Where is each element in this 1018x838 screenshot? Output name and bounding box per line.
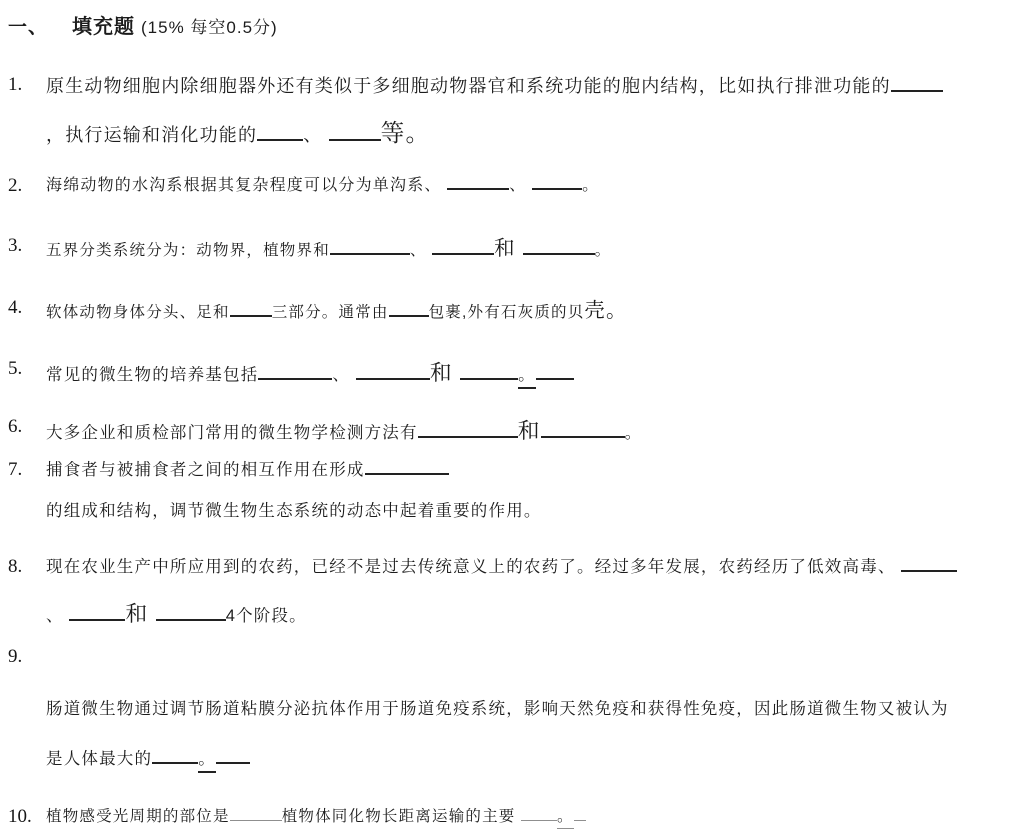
question-row: 4.软体动物身体分头、足和三部分。通常由包裹,外有石灰质的贝壳。 xyxy=(8,297,628,326)
question-number: 10. xyxy=(8,806,46,828)
fill-in-blank xyxy=(521,815,557,821)
question-row: 5.常见的微生物的培养基包括、 和 。 xyxy=(8,358,574,389)
question-line: 原生动物细胞内除细胞器外还有类似于多细胞动物器官和系统功能的胞内结构，比如执行排… xyxy=(46,74,943,99)
question-text: 和 xyxy=(494,237,523,260)
question-body: 肠道微生物通过调节肠道粘膜分泌抗体作用于肠道免疫系统，影响天然免疫和获得性免疫，… xyxy=(46,646,949,773)
fill-in-blank xyxy=(69,614,125,621)
question-number: 6. xyxy=(8,416,46,438)
question-text: 原生动物细胞内除细胞器外还有类似于多细胞动物器官和系统功能的胞内结构，比如执行排… xyxy=(46,76,891,96)
question-line: 大多企业和质检部门常用的微生物学检测方法有和。 xyxy=(46,416,642,446)
fill-in-blank-period: 。 xyxy=(557,806,574,829)
question-body: 大多企业和质检部门常用的微生物学检测方法有和。 xyxy=(46,416,642,446)
question-row: 9.肠道微生物通过调节肠道粘膜分泌抗体作用于肠道免疫系统，影响天然免疫和获得性免… xyxy=(8,646,949,773)
question-text: 等。 xyxy=(381,120,431,147)
section-header: 一、填充题(15% 每空0.5分) xyxy=(8,10,278,39)
question-text: 4个阶段。 xyxy=(226,607,307,625)
fill-in-blank-period: 。 xyxy=(198,748,216,773)
question-text: 五界分类系统分为：动物界，植物界和 xyxy=(46,242,330,259)
question-text: ，执行运输和消化功能的 xyxy=(46,125,257,145)
question-line: 现在农业生产中所应用到的农药，已经不是过去传统意义上的农药了。经过多年发展，农药… xyxy=(46,556,957,579)
question-row: 1.原生动物细胞内除细胞器外还有类似于多细胞动物器官和系统功能的胞内结构，比如执… xyxy=(8,74,943,150)
question-body: 植物感受光周期的部位是植物体同化物长距离运输的主要 。 xyxy=(46,806,586,829)
section-number: 一、 xyxy=(8,17,48,38)
fill-in-blank xyxy=(258,373,332,380)
question-body: 海绵动物的水沟系根据其复杂程度可以分为单沟系、 、 。 xyxy=(46,175,599,197)
question-text: 植物体同化物长距离运输的主要 xyxy=(282,808,521,825)
question-row: 3.五界分类系统分为：动物界，植物界和、 和 。 xyxy=(8,235,611,264)
question-row: 10.植物感受光周期的部位是植物体同化物长距离运输的主要 。 xyxy=(8,806,586,829)
question-text: 常见的微生物的培养基包括 xyxy=(46,366,258,384)
question-body: 软体动物身体分头、足和三部分。通常由包裹,外有石灰质的贝壳。 xyxy=(46,297,628,326)
question-text: 和 xyxy=(518,418,541,443)
question-text: 捕食者与被捕食者之间的相互作用在形成 xyxy=(46,461,365,479)
fill-in-blank xyxy=(447,183,509,190)
question-row: 2.海绵动物的水沟系根据其复杂程度可以分为单沟系、 、 。 xyxy=(8,175,599,197)
question-line: 海绵动物的水沟系根据其复杂程度可以分为单沟系、 、 。 xyxy=(46,175,599,197)
question-line: 软体动物身体分头、足和三部分。通常由包裹,外有石灰质的贝壳。 xyxy=(46,297,628,326)
fill-in-blank xyxy=(891,85,943,92)
fill-in-blank xyxy=(574,815,586,821)
question-text: 。 xyxy=(625,424,643,442)
page-title: 填充题 xyxy=(72,16,135,38)
question-number: 3. xyxy=(8,235,46,257)
question-number: 4. xyxy=(8,297,46,319)
question-text: 是人体最大的 xyxy=(46,750,152,768)
fill-in-blank xyxy=(418,431,518,438)
fill-in-blank xyxy=(216,757,250,764)
fill-in-blank xyxy=(230,310,272,317)
fill-in-blank xyxy=(901,565,957,572)
question-line: 捕食者与被捕食者之间的相互作用在形成 xyxy=(46,459,542,482)
question-text: 现在农业生产中所应用到的农药，已经不是过去传统意义上的农药了。经过多年发展，农药… xyxy=(46,558,901,576)
question-line: ，执行运输和消化功能的、 等。 xyxy=(46,117,943,150)
question-number: 1. xyxy=(8,74,46,96)
question-text: 和 xyxy=(430,360,460,385)
fill-in-blank xyxy=(389,310,429,317)
question-text: 、 xyxy=(509,177,532,194)
question-text: 、 xyxy=(46,607,69,625)
fill-in-blank xyxy=(356,373,430,380)
question-text: 、 xyxy=(303,125,328,145)
fill-in-blank xyxy=(152,757,198,764)
question-line: 、 和 4个阶段。 xyxy=(46,599,957,629)
question-text: 植物感受光周期的部位是 xyxy=(46,808,230,825)
question-number: 5. xyxy=(8,358,46,380)
question-body: 常见的微生物的培养基包括、 和 。 xyxy=(46,358,574,389)
fill-in-blank xyxy=(536,373,574,380)
fill-in-blank xyxy=(432,248,494,255)
fill-in-blank xyxy=(257,134,303,141)
fill-in-blank xyxy=(460,373,518,380)
question-line: 肠道微生物通过调节肠道粘膜分泌抗体作用于肠道免疫系统，影响天然免疫和获得性免疫，… xyxy=(46,698,949,721)
fill-in-blank xyxy=(523,248,595,255)
question-number: 2. xyxy=(8,175,46,197)
question-text: 壳。 xyxy=(584,299,627,322)
question-text: 。 xyxy=(595,242,612,259)
question-line: 常见的微生物的培养基包括、 和 。 xyxy=(46,358,574,389)
question-text: 三部分。通常由 xyxy=(272,304,389,321)
question-row: 6.大多企业和质检部门常用的微生物学检测方法有和。 xyxy=(8,416,642,446)
section-subtitle: (15% 每空0.5分) xyxy=(141,18,278,37)
fill-in-blank xyxy=(541,431,625,438)
question-line: 五界分类系统分为：动物界，植物界和、 和 。 xyxy=(46,235,611,264)
question-row: 7.捕食者与被捕食者之间的相互作用在形成的组成和结构，调节微生物生态系统的动态中… xyxy=(8,459,542,523)
question-line: 是人体最大的。 xyxy=(46,748,949,773)
question-text: 的组成和结构，调节微生物生态系统的动态中起着重要的作用。 xyxy=(46,502,542,520)
fill-in-blank xyxy=(329,134,381,141)
question-body: 五界分类系统分为：动物界，植物界和、 和 。 xyxy=(46,235,611,264)
question-line: 植物感受光周期的部位是植物体同化物长距离运输的主要 。 xyxy=(46,806,586,829)
question-text: 和 xyxy=(125,601,155,626)
fill-in-blank xyxy=(156,614,226,621)
question-body: 现在农业生产中所应用到的农药，已经不是过去传统意义上的农药了。经过多年发展，农药… xyxy=(46,556,957,630)
document-page: 一、填充题(15% 每空0.5分) 1.原生动物细胞内除细胞器外还有类似于多细胞… xyxy=(0,0,1018,838)
question-text: 大多企业和质检部门常用的微生物学检测方法有 xyxy=(46,424,418,442)
question-text: 包裹,外有石灰质的贝 xyxy=(429,304,585,321)
fill-in-blank xyxy=(230,815,282,821)
question-text: 。 xyxy=(582,177,599,194)
question-number: 7. xyxy=(8,459,46,481)
question-text: 肠道微生物通过调节肠道粘膜分泌抗体作用于肠道免疫系统，影响天然免疫和获得性免疫，… xyxy=(46,700,949,718)
fill-in-blank xyxy=(365,468,449,475)
question-row: 8.现在农业生产中所应用到的农药，已经不是过去传统意义上的农药了。经过多年发展，… xyxy=(8,556,957,630)
fill-in-blank xyxy=(330,248,410,255)
question-body: 原生动物细胞内除细胞器外还有类似于多细胞动物器官和系统功能的胞内结构，比如执行排… xyxy=(46,74,943,150)
question-text: 海绵动物的水沟系根据其复杂程度可以分为单沟系、 xyxy=(46,177,447,194)
question-text: 、 xyxy=(332,366,355,384)
question-line: 的组成和结构，调节微生物生态系统的动态中起着重要的作用。 xyxy=(46,500,542,523)
fill-in-blank-period: 。 xyxy=(518,364,536,389)
question-number: 9. xyxy=(8,646,46,668)
question-text: 、 xyxy=(410,242,432,259)
question-text: 软体动物身体分头、足和 xyxy=(46,304,230,321)
question-number: 8. xyxy=(8,556,46,578)
question-body: 捕食者与被捕食者之间的相互作用在形成的组成和结构，调节微生物生态系统的动态中起着… xyxy=(46,459,542,523)
fill-in-blank xyxy=(532,183,582,190)
